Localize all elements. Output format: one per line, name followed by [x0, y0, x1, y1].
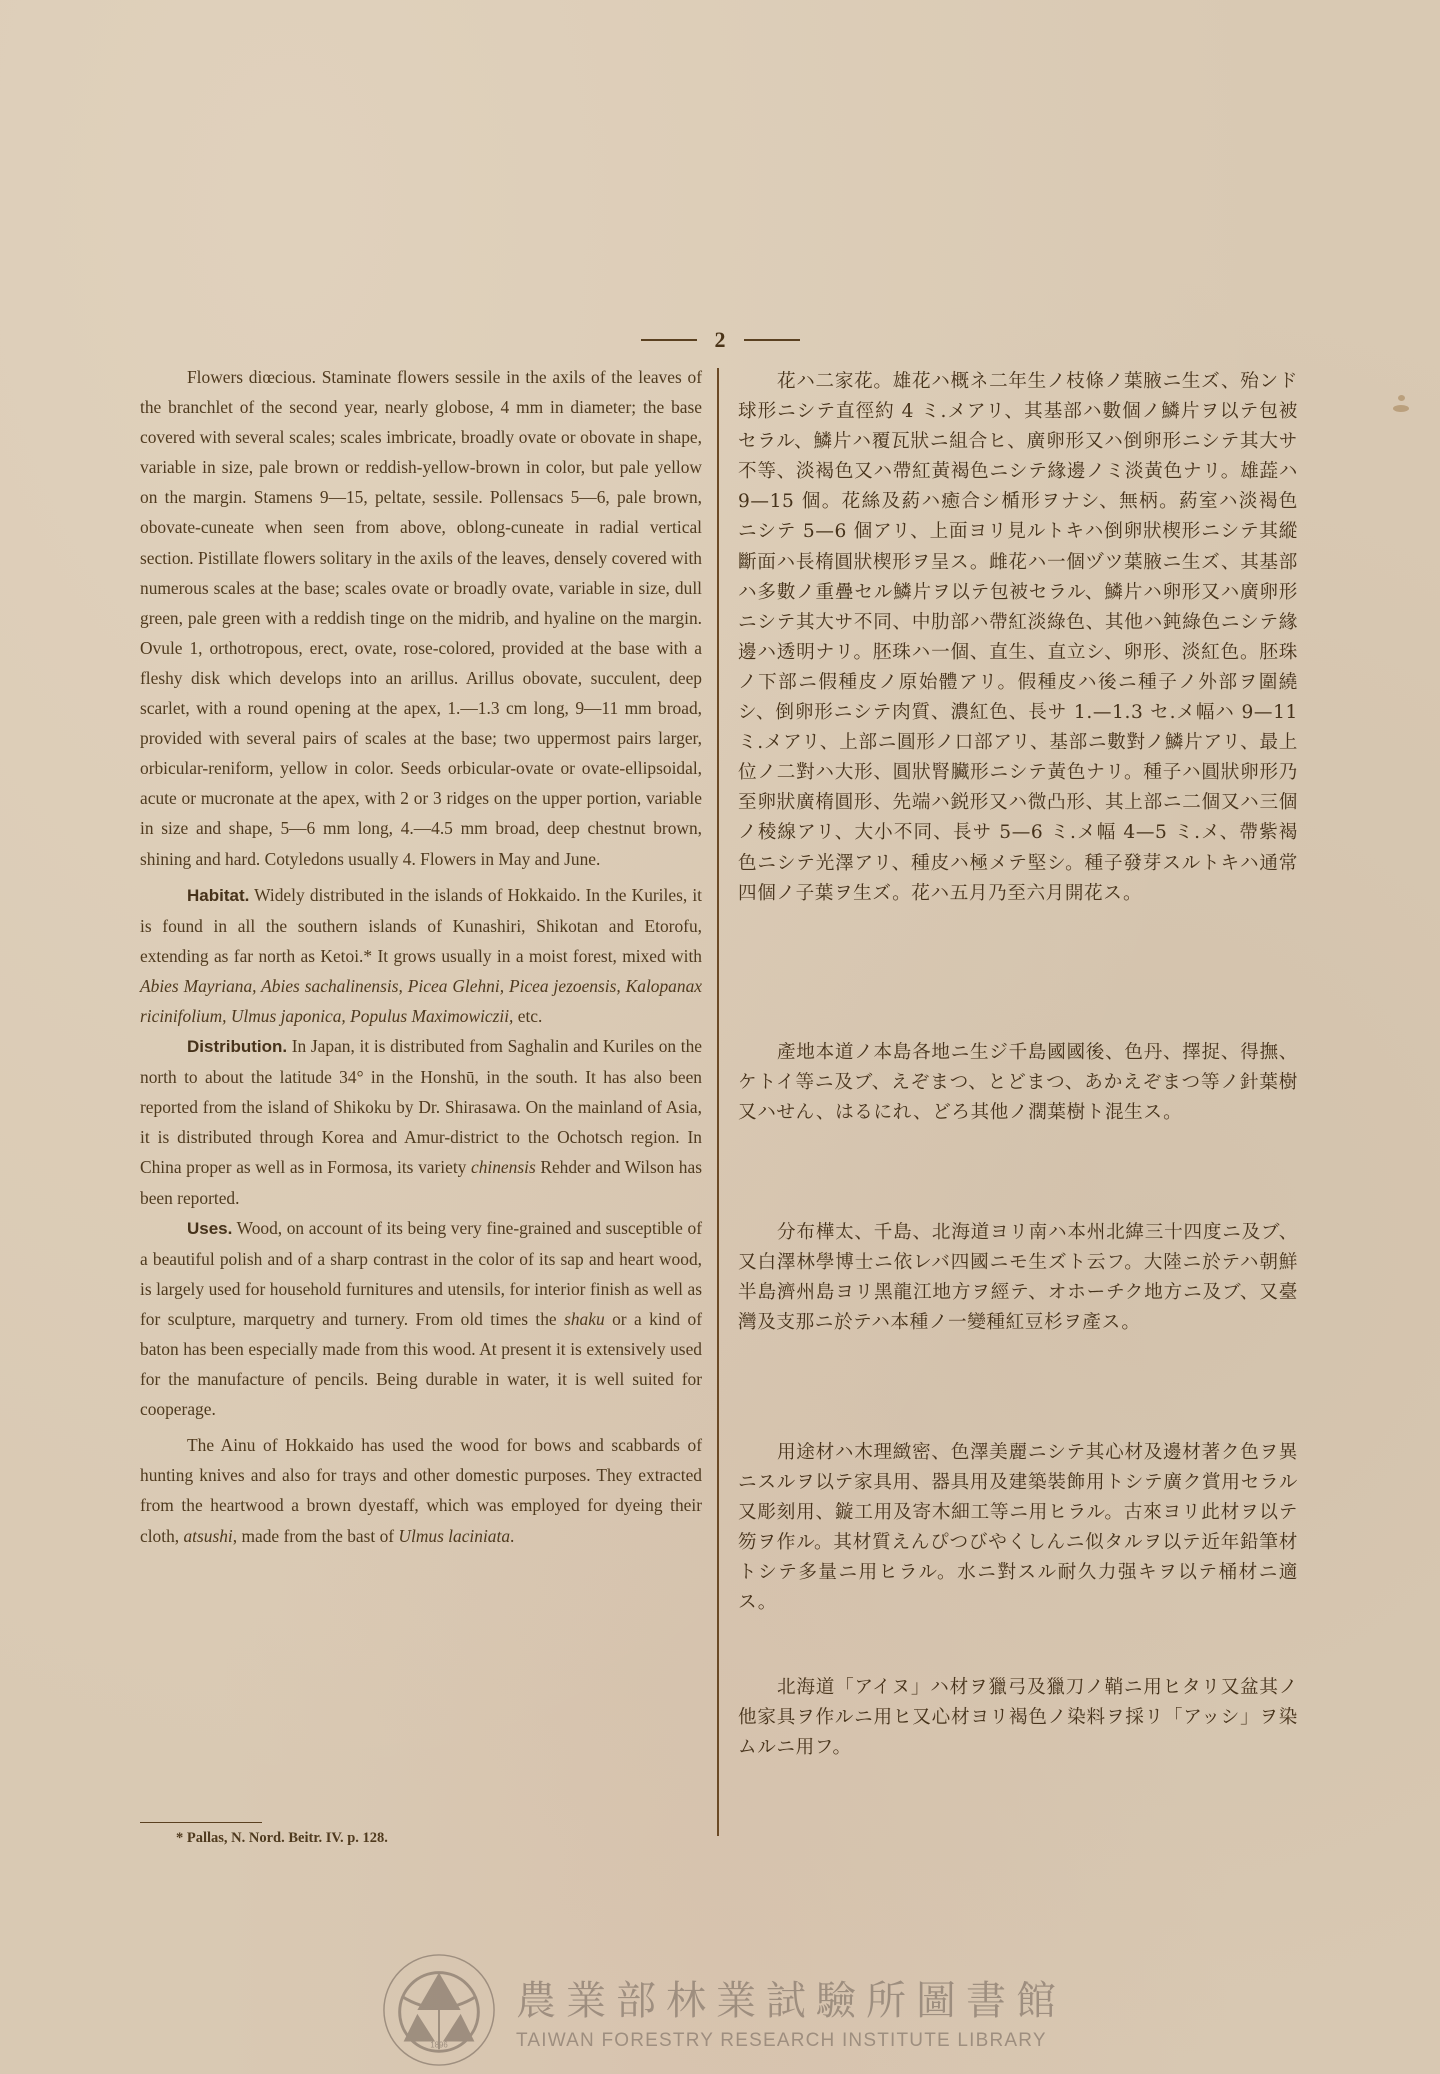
term-atsushi: atsushi — [183, 1526, 232, 1546]
habitat-paragraph: Habitat. Widely distributed in the islan… — [140, 880, 702, 1031]
jp-uses-heading: 用途 — [777, 1442, 816, 1463]
scanned-book-page: 2 Flowers diœcious. Staminate flowers se… — [0, 0, 1440, 2074]
jp-distribution-section: 分布樺太、千島、北海道ヨリ南ハ本州北緯三十四度ニ及ブ、又白澤林學博士ニ依レバ四國… — [738, 1218, 1298, 1338]
footnote-rule — [140, 1822, 262, 1823]
ezomatsu-underlined: えぞまつ — [891, 1072, 968, 1093]
jp-ainu-section: 北海道「アイヌ」ハ材ヲ獵弓及獵刀ノ鞘ニ用ヒタリ又盆其ノ他家具ヲ作ルニ用ヒ又心材ヨ… — [738, 1673, 1298, 1763]
flowers-description: Flowers diœcious. Staminate flowers sess… — [140, 362, 702, 874]
paper-stain — [1393, 405, 1409, 412]
habitat-heading: Habitat. — [187, 886, 249, 905]
page-number: 2 — [715, 327, 726, 353]
akaezomatsu-underlined: あかえぞまつ — [1084, 1072, 1201, 1093]
japanese-column: 花ハ二家花。雄花ハ概ネ二年生ノ枝條ノ葉腋ニ生ズ、殆ンド球形ニシテ直徑約 4 ミ.… — [738, 367, 1298, 909]
jp-distribution-heading: 分布 — [777, 1222, 816, 1243]
harunire-underlined: はるにれ — [835, 1102, 913, 1123]
institute-seal-icon: 1896 — [380, 1951, 498, 2069]
habitat-species: Abies Mayriana, Abies sachalinensis, Pic… — [140, 976, 702, 1026]
header-rule-right — [744, 339, 800, 341]
jp-flowers-description: 花ハ二家花。雄花ハ概ネ二年生ノ枝條ノ葉腋ニ生ズ、殆ンド球形ニシテ直徑約 4 ミ.… — [738, 367, 1298, 909]
library-watermark: 1896 農業部林業試驗所圖書館 TAIWAN FORESTRY RESEARC… — [380, 1950, 1080, 2070]
paper-stain — [1398, 395, 1405, 401]
jp-habitat-heading: 產地 — [777, 1042, 816, 1063]
header-rule-left — [641, 339, 697, 341]
svg-text:1896: 1896 — [430, 2040, 448, 2049]
footnote: * Pallas, N. Nord. Beitr. IV. p. 128. — [176, 1830, 388, 1847]
distribution-heading: Distribution. — [187, 1037, 287, 1056]
jp-uses-section: 用途材ハ木理緻密、色澤美麗ニシテ其心材及邊材著ク色ヲ異ニスルヲ以テ家具用、器具用… — [738, 1438, 1298, 1619]
english-column: Flowers diœcious. Staminate flowers sess… — [140, 362, 702, 1551]
uses-paragraph: Uses. Wood, on account of its being very… — [140, 1213, 702, 1425]
species-ulmus-laciniata: Ulmus laciniata — [398, 1526, 510, 1546]
column-divider — [717, 368, 719, 1836]
todomatsu-underlined: とどまつ — [988, 1072, 1065, 1093]
library-english-name: TAIWAN FORESTRY RESEARCH INSTITUTE LIBRA… — [516, 2030, 1066, 2052]
page-header: 2 — [630, 325, 810, 355]
library-chinese-name: 農業部林業試驗所圖書館 — [516, 1969, 1066, 2026]
uses-heading: Uses. — [187, 1219, 232, 1238]
okhotsk-underlined: オホーチク — [1048, 1282, 1144, 1303]
term-shaku: shaku — [564, 1309, 605, 1329]
ainu-paragraph: The Ainu of Hokkaido has used the wood f… — [140, 1430, 702, 1550]
ketoi-underlined: ケトイ — [738, 1072, 795, 1093]
sen-underlined: せん — [776, 1102, 816, 1123]
jp-habitat-section: 產地本道ノ本島各地ニ生ジ千島國國後、色丹、擇捉、得撫、ケトイ等ニ及ブ、えぞまつ、… — [738, 1038, 1298, 1128]
variety-name: chinensis — [471, 1157, 536, 1177]
doro-underlined: どろ — [932, 1102, 970, 1123]
distribution-paragraph: Distribution. In Japan, it is distribute… — [140, 1031, 702, 1213]
